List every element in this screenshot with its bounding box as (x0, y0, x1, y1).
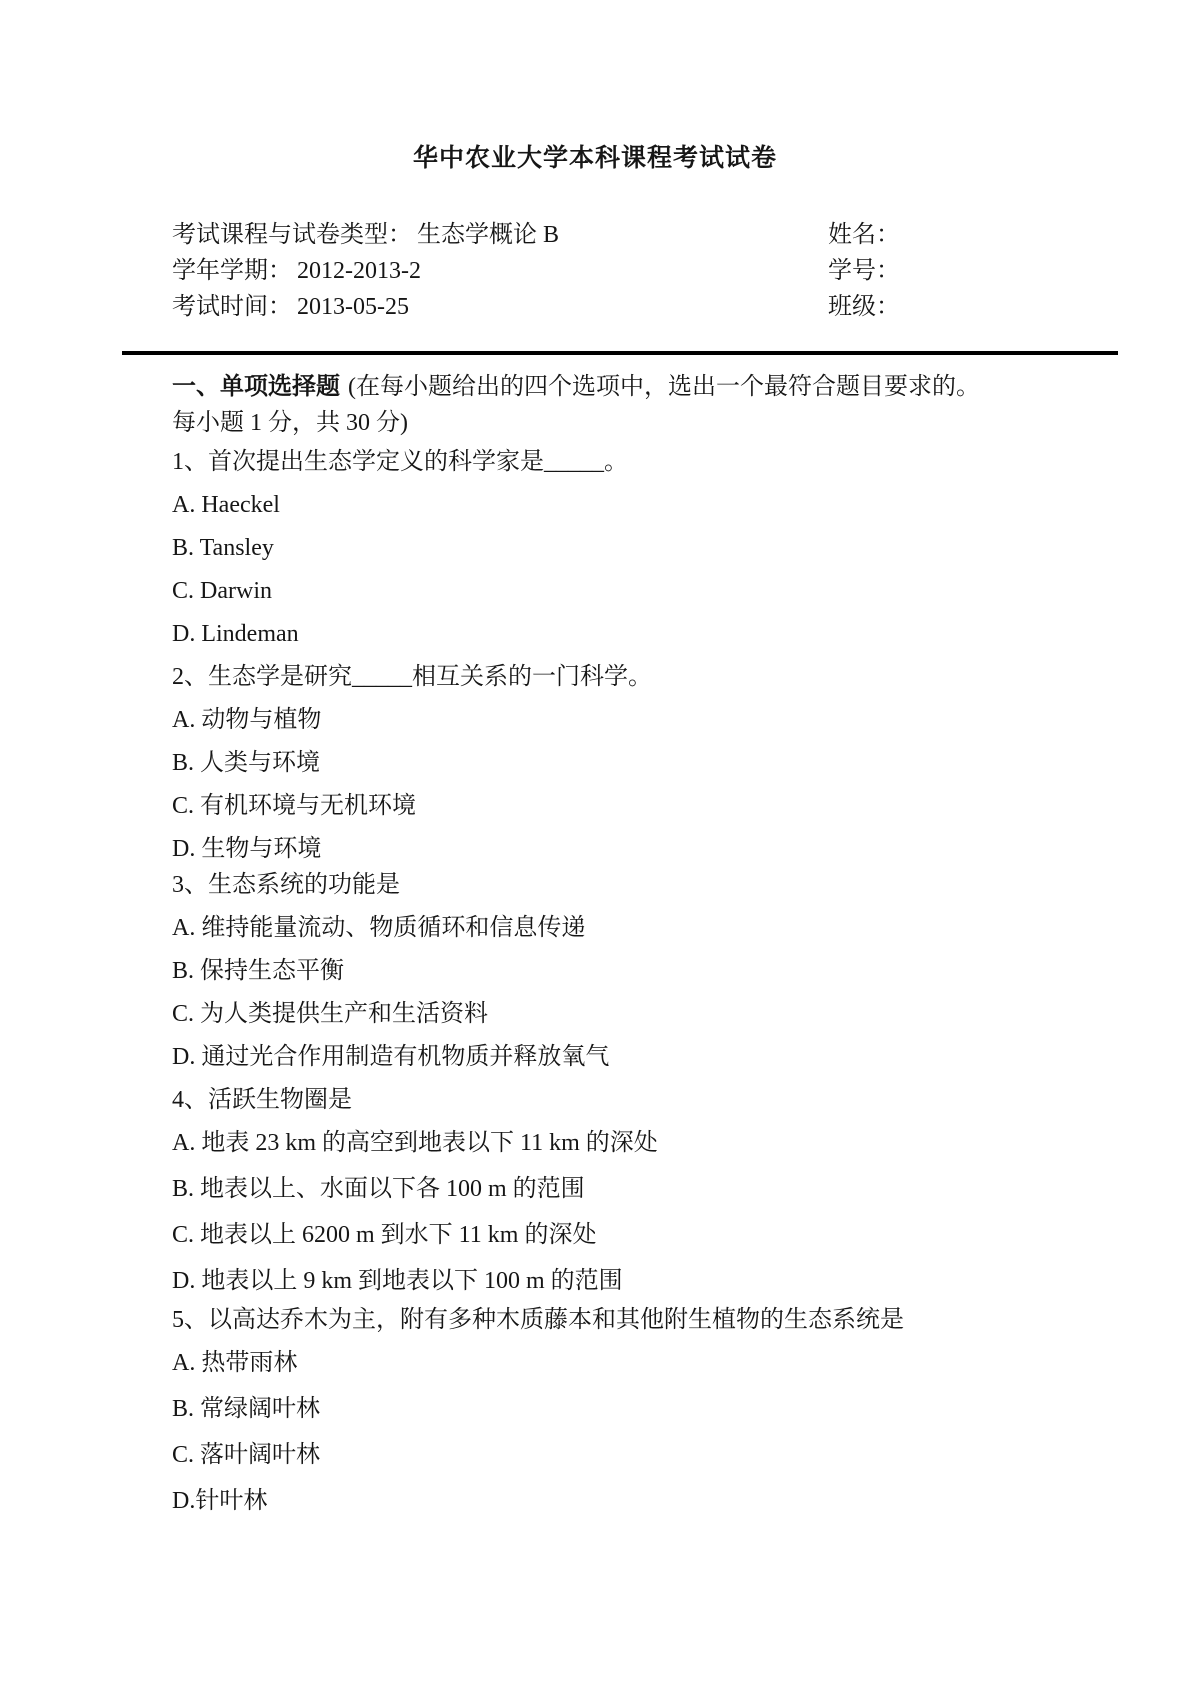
exam-body: 一、单项选择题(在每小题给出的四个选项中，选出一个最符合题目要求的。 每小题 1… (172, 372, 1150, 1516)
question-5: 5、以高达乔木为主，附有多种木质藤本和其他附生植物的生态系统是 (172, 1305, 1150, 1335)
question-3-option-c: C. 为人类提供生产和生活资料 (172, 999, 1150, 1029)
course-type-row: 考试课程与试卷类型：生态学概论 B (172, 220, 828, 250)
question-3-option-b: B. 保持生态平衡 (172, 956, 1150, 986)
question-4: 4、活跃生物圈是 (172, 1085, 1150, 1115)
question-2-option-d: D. 生物与环境 (172, 834, 1150, 864)
course-type-value: 生态学概论 B (417, 222, 559, 248)
exam-paper-page: 华中农业大学本科课程考试试卷 考试课程与试卷类型：生态学概论 B 学年学期：20… (0, 0, 1190, 1683)
exam-header: 考试课程与试卷类型：生态学概论 B 学年学期：2012-2013-2 考试时间：… (172, 220, 1150, 328)
question-1-option-a: A. Haeckel (172, 490, 1150, 520)
question-4-option-b: B. 地表以上、水面以下各 100 m 的范围 (172, 1174, 1150, 1204)
question-2-option-b: B. 人类与环境 (172, 748, 1150, 778)
question-2-option-c: C. 有机环境与无机环境 (172, 791, 1150, 821)
question-1-option-b: B. Tansley (172, 533, 1150, 563)
question-2: 2、生态学是研究_____相互关系的一门科学。 (172, 662, 1150, 692)
question-1-option-c: C. Darwin (172, 576, 1150, 606)
question-1-option-d: D. Lindeman (172, 619, 1150, 649)
section-one-instructions: (在每小题给出的四个选项中，选出一个最符合题目要求的。 (348, 374, 980, 400)
question-4-option-d: D. 地表以上 9 km 到地表以下 100 m 的范围 (172, 1266, 1150, 1296)
question-2-option-a: A. 动物与植物 (172, 705, 1150, 735)
student-id-field: 学号： (828, 256, 1150, 286)
section-one-instructions-cont: 每小题 1 分，共 30 分) (172, 408, 1150, 438)
semester-value: 2012-2013-2 (297, 258, 421, 284)
semester-label: 学年学期： (172, 258, 292, 284)
header-divider (122, 351, 1118, 355)
student-name-field: 姓名： (828, 220, 1150, 250)
section-one-heading: 一、单项选择题 (172, 374, 340, 400)
exam-date-row: 考试时间：2013-05-25 (172, 292, 828, 322)
exam-date-value: 2013-05-25 (297, 294, 409, 320)
question-1: 1、首次提出生态学定义的科学家是_____。 (172, 447, 1150, 477)
question-5-option-a: A. 热带雨林 (172, 1348, 1150, 1378)
exam-date-label: 考试时间： (172, 294, 292, 320)
question-5-option-b: B. 常绿阔叶林 (172, 1394, 1150, 1424)
question-5-option-c: C. 落叶阔叶林 (172, 1440, 1150, 1470)
section-one-heading-line: 一、单项选择题(在每小题给出的四个选项中，选出一个最符合题目要求的。 (172, 372, 1150, 402)
class-field: 班级： (828, 292, 1150, 322)
exam-header-left-column: 考试课程与试卷类型：生态学概论 B 学年学期：2012-2013-2 考试时间：… (172, 220, 828, 328)
course-type-label: 考试课程与试卷类型： (172, 222, 412, 248)
question-3-option-a: A. 维持能量流动、物质循环和信息传递 (172, 913, 1150, 943)
question-4-option-a: A. 地表 23 km 的高空到地表以下 11 km 的深处 (172, 1128, 1150, 1158)
question-3: 3、生态系统的功能是 (172, 870, 1150, 900)
semester-row: 学年学期：2012-2013-2 (172, 256, 828, 286)
exam-title: 华中农业大学本科课程考试试卷 (0, 0, 1190, 175)
exam-header-right-column: 姓名： 学号： 班级： (828, 220, 1150, 328)
question-5-option-d: D.针叶林 (172, 1486, 1150, 1516)
question-4-option-c: C. 地表以上 6200 m 到水下 11 km 的深处 (172, 1220, 1150, 1250)
question-3-option-d: D. 通过光合作用制造有机物质并释放氧气 (172, 1042, 1150, 1072)
